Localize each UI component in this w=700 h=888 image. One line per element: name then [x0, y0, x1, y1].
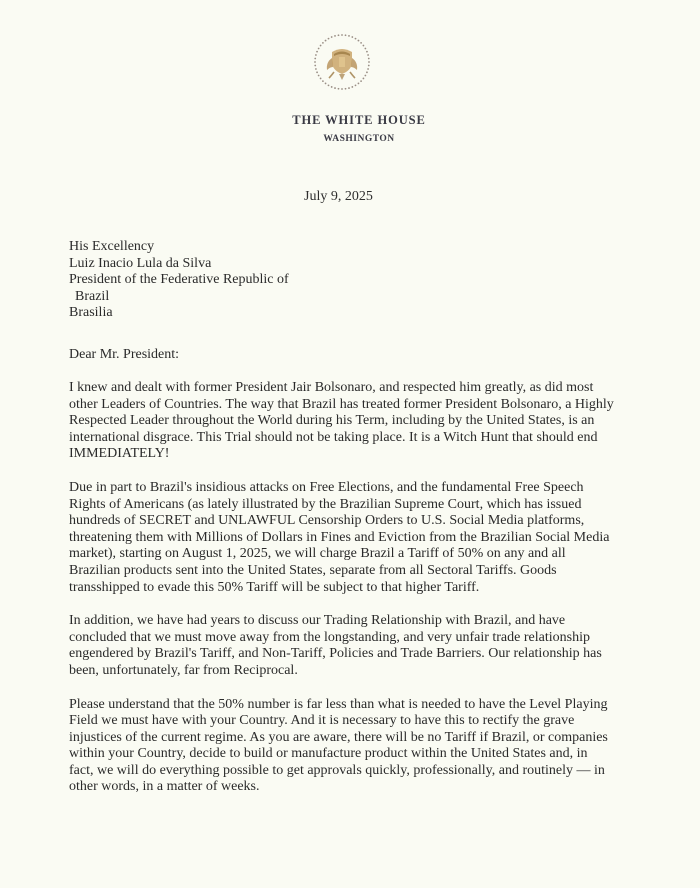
paragraph-line: Rights of Americans (as lately illustrat… [69, 497, 629, 514]
paragraph-line: Due in part to Brazil's insidious attack… [69, 480, 629, 497]
paragraph-line: In addition, we have had years to discus… [69, 613, 629, 630]
letter-date: July 9, 2025 [304, 189, 373, 205]
paragraph-line: within your Country, decide to build or … [69, 746, 629, 763]
address-line: Brasilia [69, 305, 289, 322]
body-paragraph: Please understand that the 50% number is… [69, 697, 629, 797]
paragraph-line: engendered by Brazil's Tariff, and Non-T… [69, 646, 629, 663]
presidential-seal-icon [312, 32, 372, 92]
paragraph-line: I knew and dealt with former President J… [69, 380, 629, 397]
paragraph-line: threatening them with Millions of Dollar… [69, 530, 629, 547]
paragraph-line: other words, in a matter of weeks. [69, 779, 629, 796]
paragraph-line: Brazilian products sent into the United … [69, 563, 629, 580]
paragraph-line: IMMEDIATELY! [69, 446, 629, 463]
letter-body: I knew and dealt with former President J… [69, 380, 629, 813]
paragraph-line: transshipped to evade this 50% Tariff wi… [69, 580, 629, 597]
address-line: Brazil [69, 289, 289, 306]
address-line: President of the Federative Republic of [69, 272, 289, 289]
paragraph-line: fact, we will do everything possible to … [69, 763, 629, 780]
paragraph-line: Please understand that the 50% number is… [69, 697, 629, 714]
body-paragraph: Due in part to Brazil's insidious attack… [69, 480, 629, 596]
letterhead-title: THE WHITE HOUSE [0, 113, 700, 128]
paragraph-line: other Leaders of Countries. The way that… [69, 397, 629, 414]
address-line: His Excellency [69, 239, 289, 256]
paragraph-line: Field we must have with your Country. An… [69, 713, 629, 730]
body-paragraph: In addition, we have had years to discus… [69, 613, 629, 679]
paragraph-line: hundreds of SECRET and UNLAWFUL Censorsh… [69, 513, 629, 530]
salutation: Dear Mr. President: [69, 347, 179, 363]
paragraph-line: market), starting on August 1, 2025, we … [69, 546, 629, 563]
recipient-address: His Excellency Luiz Inacio Lula da Silva… [69, 239, 289, 322]
body-paragraph: I knew and dealt with former President J… [69, 380, 629, 463]
letterhead-subtitle: WASHINGTON [0, 134, 700, 144]
letter-page: THE WHITE HOUSE WASHINGTON July 9, 2025 … [0, 0, 700, 888]
paragraph-line: international disgrace. This Trial shoul… [69, 430, 629, 447]
paragraph-line: been, unfortunately, far from Reciprocal… [69, 663, 629, 680]
paragraph-line: Respected Leader throughout the World du… [69, 413, 629, 430]
address-line: Luiz Inacio Lula da Silva [69, 256, 289, 273]
paragraph-line: injustices of the current regime. As you… [69, 730, 629, 747]
paragraph-line: concluded that we must move away from th… [69, 630, 629, 647]
